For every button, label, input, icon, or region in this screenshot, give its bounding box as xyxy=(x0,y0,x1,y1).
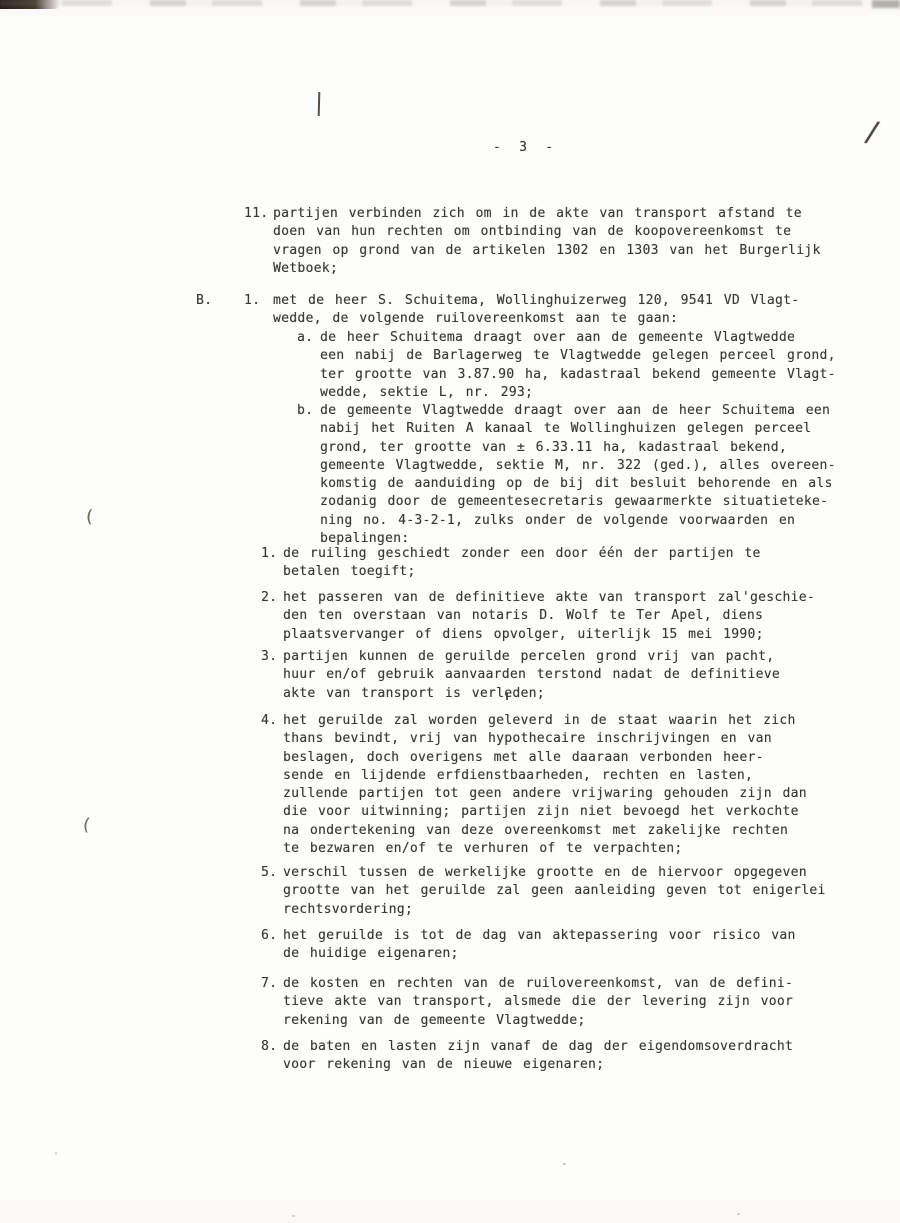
stray-paren-mark-1: ( xyxy=(84,508,95,527)
list-item-11-marker: 11. xyxy=(244,205,273,223)
condition-2: 2. het passeren van de definitieve akte … xyxy=(261,589,815,644)
sub-item-b-text: de gemeente Vlagtwedde draagt over aan d… xyxy=(320,402,836,548)
sub-item-a-text: de heer Schuitema draagt over aan de gem… xyxy=(320,329,836,402)
list-item-11: 11. partijen verbinden zich om in de akt… xyxy=(244,205,821,278)
stray-vertical-stroke-mark xyxy=(318,92,321,116)
condition-1-text: de ruiling geschiedt zonder een door één… xyxy=(283,545,761,582)
condition-3-marker: 3. xyxy=(261,648,283,666)
condition-4: 4. het geruilde zal worden geleverd in d… xyxy=(261,712,807,858)
condition-6: 6. het geruilde is tot de dag van aktepa… xyxy=(261,927,796,964)
condition-6-text: het geruilde is tot de dag van aktepasse… xyxy=(283,927,796,964)
condition-2-marker: 2. xyxy=(261,589,283,607)
stray-paren-mark-2: ( xyxy=(80,815,93,835)
condition-7-text: de kosten en rechten van de ruilovereenk… xyxy=(283,975,793,1030)
scan-top-edge-smudge xyxy=(0,0,900,6)
item-b1-text: met de heer S. Schuitema, Wollinghuizerw… xyxy=(273,292,799,329)
condition-1: 1. de ruiling geschiedt zonder een door … xyxy=(261,545,761,582)
item-b1-intro: 1. met de heer S. Schuitema, Wollinghuiz… xyxy=(244,292,799,329)
condition-8-text: de baten en lasten zijn vanaf de dag der… xyxy=(283,1038,793,1075)
condition-6-marker: 6. xyxy=(261,927,283,945)
sub-item-a: a. de heer Schuitema draagt over aan de … xyxy=(297,329,836,402)
condition-4-text: het geruilde zal worden geleverd in de s… xyxy=(283,712,807,858)
condition-5: 5. verschil tussen de werkelijke grootte… xyxy=(261,864,826,919)
condition-2-text: het passeren van de definitieve akte van… xyxy=(283,589,815,644)
condition-3: 3. partijen kunnen de geruilde percelen … xyxy=(261,648,780,703)
condition-1-marker: 1. xyxy=(261,545,283,563)
condition-7: 7. de kosten en rechten van de ruilovere… xyxy=(261,975,793,1030)
scanned-document-page: / ( ( - 3 - 11. partijen verbinden zich … xyxy=(0,0,900,1223)
scan-speck xyxy=(563,1163,566,1165)
scan-speck xyxy=(55,1152,57,1155)
scan-speck xyxy=(737,1213,740,1215)
scan-top-right-smudge xyxy=(872,0,900,8)
condition-3-text: partijen kunnen de geruilde percelen gro… xyxy=(283,648,780,703)
list-item-11-text: partijen verbinden zich om in de akte va… xyxy=(273,205,821,278)
condition-5-marker: 5. xyxy=(261,864,283,882)
condition-8-marker: 8. xyxy=(261,1038,283,1056)
sub-item-b-marker: b. xyxy=(297,402,320,420)
page-number: - 3 - xyxy=(493,139,557,157)
condition-8: 8. de baten en lasten zijn vanaf de dag … xyxy=(261,1038,793,1075)
stray-slash-mark: / xyxy=(862,117,882,147)
section-b-label: B. xyxy=(196,292,212,310)
sub-item-b: b. de gemeente Vlagtwedde draagt over aa… xyxy=(297,402,836,548)
condition-5-text: verschil tussen de werkelijke grootte en… xyxy=(283,864,826,919)
scan-speck xyxy=(292,1215,295,1217)
item-b1-marker: 1. xyxy=(244,292,273,310)
sub-item-a-marker: a. xyxy=(297,329,320,347)
condition-4-marker: 4. xyxy=(261,712,283,730)
condition-7-marker: 7. xyxy=(261,975,283,993)
